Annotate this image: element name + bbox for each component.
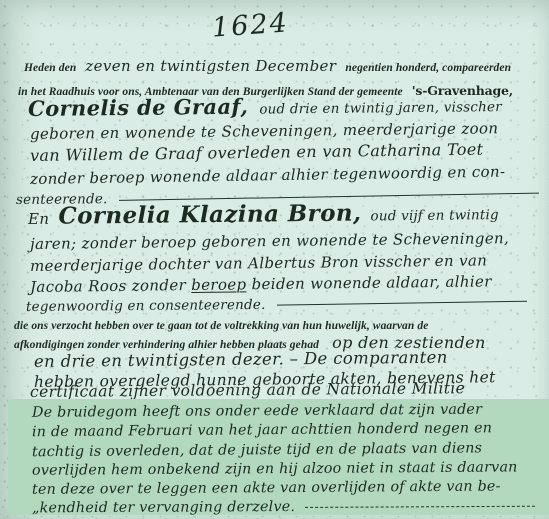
bride-prefix: En [28, 210, 49, 228]
printed-line-3: die ons verzocht hebben over te gaan tot… [14, 314, 428, 333]
groom-line-2: geboren en wonende te Scheveningen, meer… [30, 118, 499, 143]
handwritten-text: tegenwoordig en consenteerende. [26, 297, 266, 315]
bride-name: Cornelia Klazina Bron, [58, 200, 361, 230]
groom-name: Cornelis de Graaf, [28, 94, 248, 121]
marriage-line-4: certificaat zijner voldoening aan de Nat… [30, 378, 465, 401]
handwritten-text: van Willem de Graaf overleden en van Cat… [30, 140, 484, 165]
bride-line-2: jaren; zonder beroep geboren en wonende … [30, 228, 509, 253]
handwritten-text: beiden wonende aldaar, alhier [246, 272, 492, 293]
handwritten-text: certificaat zijner voldoening aan de Nat… [30, 379, 465, 401]
highlighted-declaration: De bruidegom heeft ons onder eede verkla… [8, 399, 549, 515]
printed-text: negentien honderd, compareerden [345, 62, 511, 74]
declaration-text-block: De bruidegom heeft ons onder eede verkla… [8, 399, 549, 518]
intro-line-1: Heden den zeven en twintigsten December … [24, 56, 511, 75]
closing-stroke [277, 301, 527, 306]
act-number: 1624 [212, 10, 289, 41]
declaration-last-line: „kendheid ter vervanging derzelve. [32, 497, 549, 519]
handwritten-text: Jacoba Roos zonder [30, 276, 191, 296]
groom-name-line: Cornelis de Graaf, oud drie en twintig j… [28, 91, 502, 121]
printed-text: Heden den [24, 62, 76, 74]
groom-line-3: van Willem de Graaf overleden en van Cat… [30, 140, 484, 165]
registry-act-scan: 1624 Heden den zeven en twintigsten Dece… [0, 0, 549, 519]
printed-text: die ons verzocht hebben over te gaan tot… [14, 320, 428, 332]
groom-details: oud drie en twintig jaren, visscher [259, 99, 502, 118]
groom-line-4: zonder beroep wonende aldaar alhier tege… [30, 162, 506, 188]
handwritten-text: zonder beroep wonende aldaar alhier tege… [30, 163, 506, 188]
closing-stroke [305, 506, 535, 508]
handwritten-text: jaren; zonder beroep geboren en wonende … [30, 229, 509, 253]
handwritten-text-underlined: beroep [191, 275, 246, 294]
bride-line-5: tegenwoordig en consenteerende. [26, 292, 527, 315]
bride-details: oud vijf en twintig [370, 207, 498, 224]
act-number-text: 1624 [211, 7, 290, 43]
handwritten-date: zeven en twintigsten December [85, 57, 336, 75]
bride-name-line: En Cornelia Klazina Bron, oud vijf en tw… [28, 198, 499, 230]
declaration-line: „kendheid ter vervanging derzelve. [32, 499, 295, 516]
